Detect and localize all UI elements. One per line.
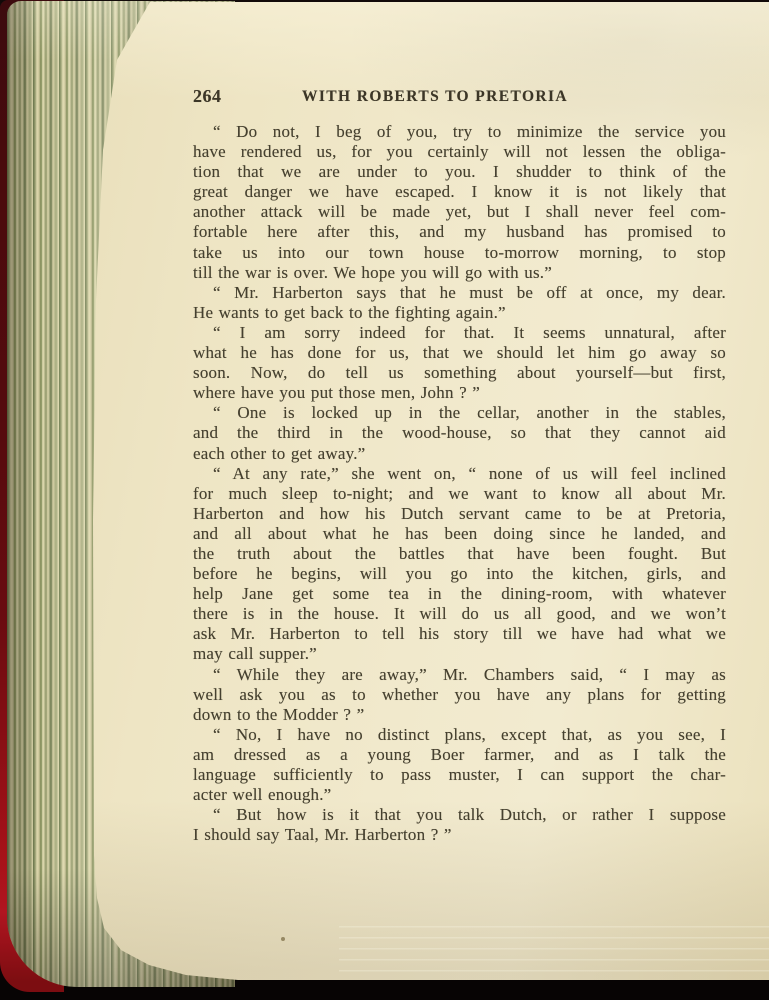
paragraph: “ I am sorry indeed for that. It seems u…: [193, 323, 726, 403]
text-line: and all about what he has been doing sin…: [193, 524, 726, 544]
text-line: am dressed as a young Boer farmer, and a…: [193, 745, 726, 765]
paragraph: “ One is locked up in the cellar, anothe…: [193, 403, 726, 463]
paragraph: “ No, I have no distinct plans, except t…: [193, 725, 726, 805]
book-page: 264 WITH ROBERTS TO PRETORIA “ Do not, I…: [0, 0, 769, 1000]
text-line: well ask you as to whether you have any …: [193, 685, 726, 705]
text-line: ask Mr. Harberton to tell his story till…: [193, 624, 726, 644]
text-line: have rendered us, for you certainly will…: [193, 142, 726, 162]
text-line: “ But how is it that you talk Dutch, or …: [193, 805, 726, 825]
text-line: “ No, I have no distinct plans, except t…: [193, 725, 726, 745]
text-line: what he has done for us, that we should …: [193, 343, 726, 363]
text-line: before he begins, will you go into the k…: [193, 564, 726, 584]
paragraph: “ But how is it that you talk Dutch, or …: [193, 805, 726, 845]
text-line: “ Do not, I beg of you, try to minimize …: [193, 122, 726, 142]
running-header: 264 WITH ROBERTS TO PRETORIA: [193, 86, 726, 109]
text-line: another attack will be made yet, but I s…: [193, 202, 726, 222]
paper-flex-marks: [339, 926, 769, 978]
text-line: the truth about the battles that have be…: [193, 544, 726, 564]
text-line: each other to get away.”: [193, 444, 726, 464]
paper-speck: [281, 937, 285, 941]
text-line: “ I am sorry indeed for that. It seems u…: [193, 323, 726, 343]
text-line: help Jane get some tea in the dining-roo…: [193, 584, 726, 604]
text-line: I should say Taal, Mr. Harberton ? ”: [193, 825, 726, 845]
paragraph: “ While they are away,” Mr. Chambers sai…: [193, 665, 726, 725]
book-photo: 264 WITH ROBERTS TO PRETORIA “ Do not, I…: [0, 0, 769, 1000]
text-line: fortable here after this, and my husband…: [193, 222, 726, 242]
text-line: “ At any rate,” she went on, “ none of u…: [193, 464, 726, 484]
text-line: great danger we have escaped. I know it …: [193, 182, 726, 202]
text-line: “ One is locked up in the cellar, anothe…: [193, 403, 726, 423]
running-title: WITH ROBERTS TO PRETORIA: [193, 88, 677, 106]
text-line: tion that we are under to you. I shudder…: [193, 162, 726, 182]
text-line: He wants to get back to the fighting aga…: [193, 303, 726, 323]
text-line: down to the Modder ? ”: [193, 705, 726, 725]
text-line: there is in the house. It will do us all…: [193, 604, 726, 624]
paragraph-list: “ Do not, I beg of you, try to minimize …: [193, 122, 726, 845]
text-line: “ While they are away,” Mr. Chambers sai…: [193, 665, 726, 685]
paragraph: “ At any rate,” she went on, “ none of u…: [193, 464, 726, 665]
text-line: acter well enough.”: [193, 785, 726, 805]
text-line: for much sleep to-night; and we want to …: [193, 484, 726, 504]
paragraph: “ Do not, I beg of you, try to minimize …: [193, 122, 726, 283]
text-line: Harberton and how his Dutch servant came…: [193, 504, 726, 524]
text-line: where have you put those men, John ? ”: [193, 383, 726, 403]
text-line: may call supper.”: [193, 644, 726, 664]
text-line: soon. Now, do tell us something about yo…: [193, 363, 726, 383]
text-line: “ Mr. Harberton says that he must be off…: [193, 283, 726, 303]
paragraph: “ Mr. Harberton says that he must be off…: [193, 283, 726, 323]
page-content: 264 WITH ROBERTS TO PRETORIA “ Do not, I…: [193, 86, 726, 845]
text-line: take us into our town house to-morrow mo…: [193, 243, 726, 263]
text-line: and the third in the wood-house, so that…: [193, 423, 726, 443]
text-line: language sufficiently to pass muster, I …: [193, 765, 726, 785]
text-line: till the war is over. We hope you will g…: [193, 263, 726, 283]
